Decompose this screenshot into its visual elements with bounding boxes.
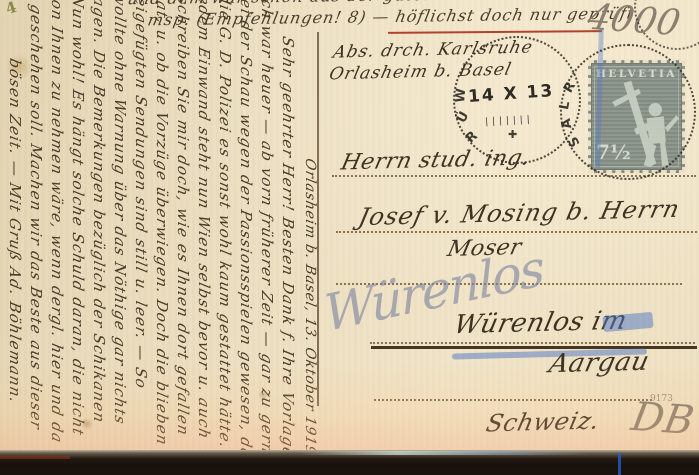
message-line: von Ihnen zu nehmen wäre, wenn dergl. hi… bbox=[49, 0, 64, 445]
postmark-arc-letter: W bbox=[453, 88, 469, 104]
postcard-scan: 4 und dem war schon aus der guten Zeit s… bbox=[0, 0, 699, 475]
message-line: sagen. Die Bemerkungen bezüglich der Sch… bbox=[91, 0, 106, 425]
pencil-initials: DB bbox=[628, 394, 697, 444]
address-country: Schweiz. bbox=[484, 407, 603, 438]
message-line: Sehr geehrter Herr! Besten Dank f. Ihre … bbox=[280, 35, 295, 453]
swiss-cross-mark: ✚ bbox=[508, 128, 517, 141]
postmark-right bbox=[560, 44, 696, 180]
message-line: wollte ohne Warnung über das Nöthige gar… bbox=[112, 0, 127, 426]
message-line: geschehen soll. Machen wir das Beste aus… bbox=[28, 3, 43, 431]
postmark-arc-fragment bbox=[634, 0, 699, 50]
address-rule bbox=[374, 399, 652, 401]
message-dateline: Orlasheim b. Basel, 13. Oktober 1919. bbox=[303, 157, 317, 453]
scan-background-band bbox=[0, 450, 699, 475]
message-line: beigefügten Sendungen sind still u. leer… bbox=[133, 0, 148, 390]
message-line: schreiben Sie mir doch, wie es Ihnen dor… bbox=[175, 0, 190, 437]
address-recipient-name: Josef v. Mosing b. Herrn bbox=[356, 195, 683, 231]
postcard-back: 4 und dem war schon aus der guten Zeit s… bbox=[0, 0, 699, 453]
blue-crayon-mark bbox=[602, 312, 653, 332]
edge-red-tint bbox=[0, 456, 70, 459]
address-canton: Aargau bbox=[546, 347, 652, 380]
message-line: bösen Zeit. — Mit Gruß Ad. Böhlemann. bbox=[7, 57, 22, 405]
green-corner-mark: 4 bbox=[3, 0, 18, 18]
card-edge-sheen bbox=[300, 451, 590, 455]
edge-blue-streak bbox=[618, 453, 621, 475]
address-rule bbox=[370, 342, 695, 344]
message-line: die G. D. Polizei es sonst wohl kaum ges… bbox=[217, 0, 232, 450]
message-line: Nun wohl! Es hängt solche Schuld daran, … bbox=[70, 0, 85, 437]
message-line: hat, u. ob die Vorzüge überwiegen. Doch … bbox=[154, 0, 169, 447]
message-line: Ich war heuer — ab vorn früherer Zeit — … bbox=[259, 0, 274, 453]
red-underline bbox=[388, 30, 602, 34]
divider-line bbox=[317, 32, 319, 406]
message-line: Jedem Einwand steht nun Wien selbst bevo… bbox=[196, 0, 211, 441]
address-rule bbox=[336, 231, 697, 233]
message-line: bei der Schau wegen der Passionsspielen … bbox=[238, 0, 253, 453]
